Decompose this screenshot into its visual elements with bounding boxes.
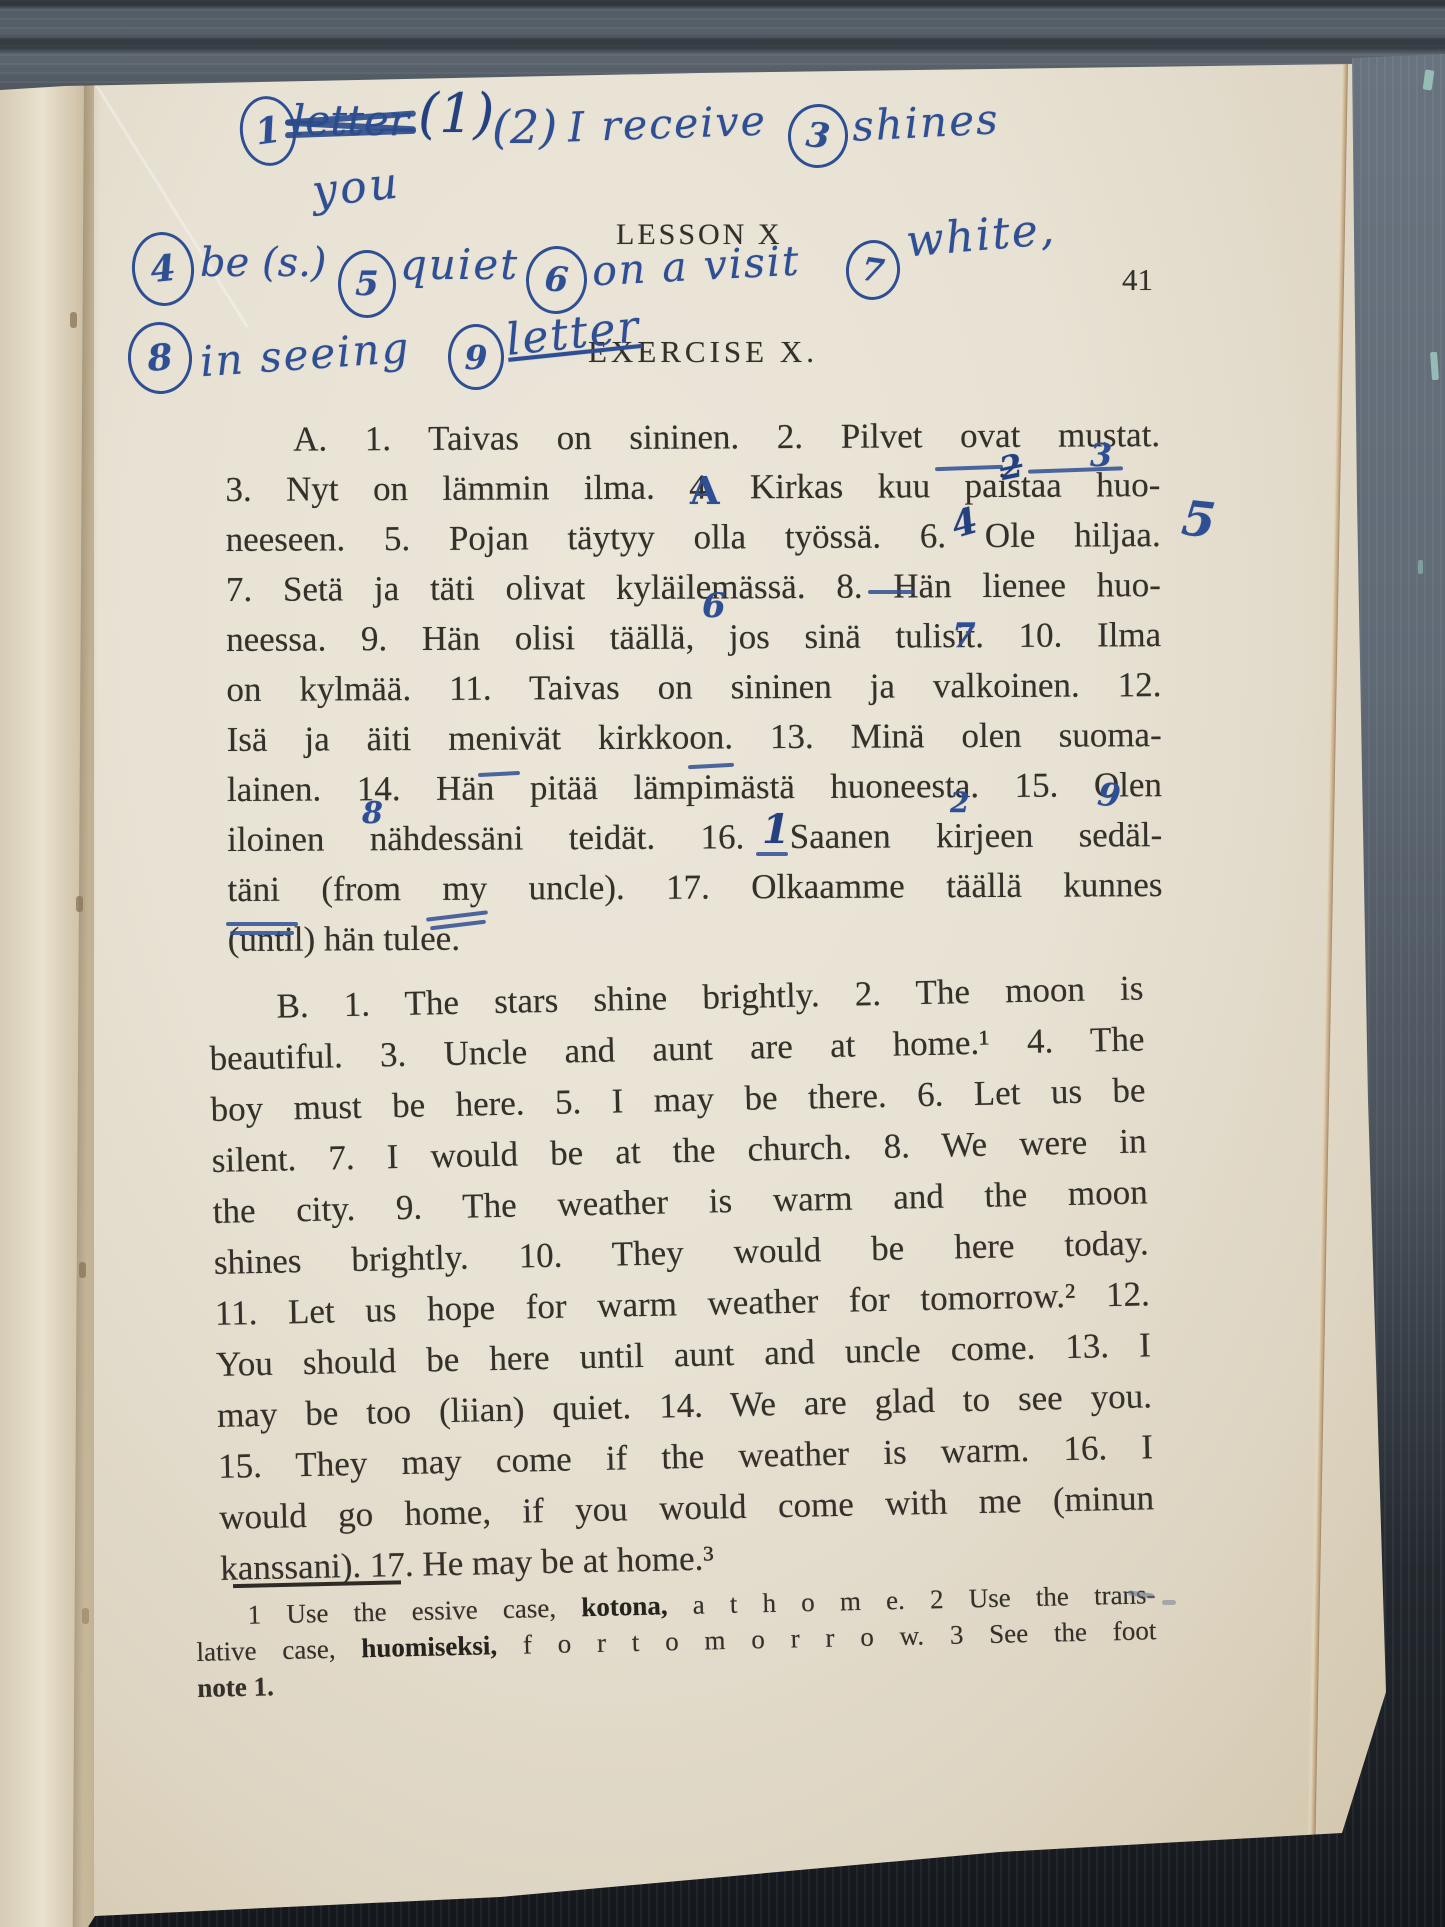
handwritten-circled-number-1: 1: [235, 92, 300, 169]
paint-chip: [1418, 560, 1423, 574]
handwritten-circled-number-4: 4: [128, 229, 197, 309]
footnote-text: 1 Use the essive case,: [247, 1592, 581, 1630]
handwritten-circled-number-6: 6: [524, 244, 590, 316]
handwritten-circled-number-3: 3: [785, 101, 851, 171]
handwritten-answer-1: 1: [762, 806, 790, 853]
wood-table-top: [0, 0, 1445, 100]
handwritten-circled-number-7: 7: [842, 237, 904, 304]
handwritten-phrase-quiet: quiet: [400, 240, 519, 289]
handwritten-phrase-shines: shines: [851, 94, 1001, 151]
handwritten-answer-7: 7: [952, 616, 976, 656]
exercise-section-b: B. 1. The stars shine brightly. 2. The m…: [208, 962, 1156, 1593]
page-right-edge: [1306, 62, 1348, 1837]
handwritten-phrase-be-s: be (s.): [200, 240, 326, 286]
underline-mark-answer-1: [756, 852, 788, 856]
handwritten-circled-number-9: 9: [448, 324, 504, 390]
photo-scene: LESSON X 41 EXERCISE X. A. 1. Taivas on …: [0, 0, 1445, 1927]
handwritten-answer-2: 2: [950, 786, 969, 819]
footnote-bold-term: huomiseksi,: [361, 1630, 497, 1663]
handwritten-phrase-on-a-visit: on a visit: [591, 237, 802, 296]
page-number: 41: [1122, 262, 1153, 298]
handwritten-phrase-receive: I receive: [567, 97, 767, 152]
stitch-mark: [82, 1608, 89, 1624]
handwritten-answer-8: 8: [362, 796, 383, 831]
printed-line: Isä ja äiti menivät kirkkoon. 13. Minä o…: [227, 710, 1162, 765]
footnote-block: 1 Use the essive case, kotona, a t h o m…: [195, 1563, 1157, 1706]
printed-line: neessa. 9. Hän olisi täällä, jos sinä tu…: [226, 610, 1161, 665]
double-underline-tani: [226, 922, 298, 926]
printed-line: täni (from my uncle). 17. Olkaamme tääll…: [227, 860, 1162, 915]
handwritten-answer-3: 3: [1090, 436, 1112, 474]
handwritten-phrase-white: white,: [904, 204, 1058, 268]
double-underline-tani: [230, 931, 294, 935]
printed-line: neeseen. 5. Pojan täytyy olla työssä. 6.…: [226, 510, 1161, 565]
handwritten-caret-A: A: [690, 468, 719, 513]
footnote-bold-term: kotona,: [581, 1590, 668, 1622]
handwritten-answer-6: 6: [702, 586, 726, 626]
handwritten-word-you: you: [310, 158, 404, 218]
printed-line: 7. Setä ja täti olivat kyläilemässä. 8. …: [226, 560, 1161, 615]
ink-smudge: [1162, 1600, 1176, 1605]
handwritten-answer-5: 5: [1179, 490, 1218, 549]
stitch-mark: [70, 312, 77, 328]
footnote-text: lative case,: [196, 1633, 361, 1667]
handwritten-scribbled-word: letter: [292, 96, 409, 145]
printed-line: on kylmää. 11. Taivas on sininen ja valk…: [226, 660, 1161, 715]
handwritten-phrase-in-seeing: in seeing: [199, 323, 412, 387]
printed-line: (until) hän tulee.: [228, 910, 1163, 965]
handwritten-circled-number-5: 5: [338, 250, 396, 318]
stitch-mark: [79, 1262, 86, 1278]
stitch-mark: [76, 896, 83, 912]
handwritten-paren-one: (1): [418, 82, 495, 145]
underline-mark-tyossa: [868, 590, 914, 594]
handwritten-number-2: (2): [492, 100, 557, 154]
handwritten-circled-number-8: 8: [125, 319, 195, 396]
